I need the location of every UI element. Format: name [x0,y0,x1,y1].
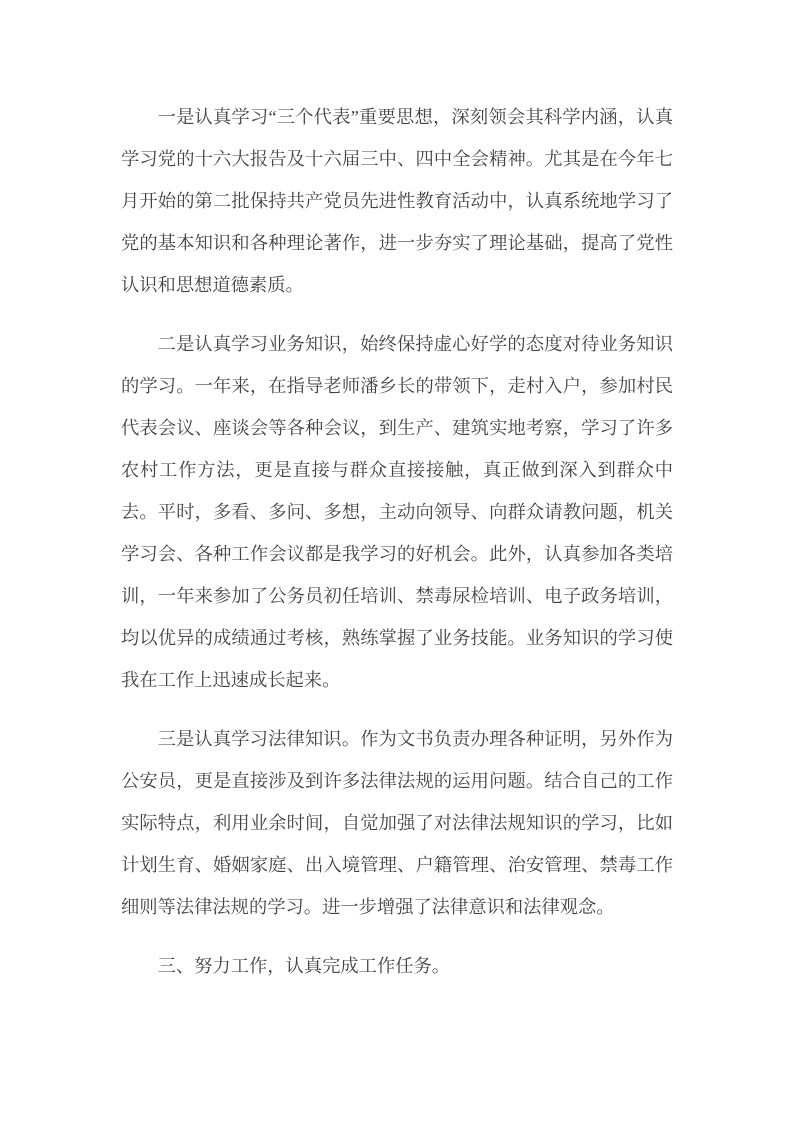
paragraph-study-law: 三是认真学习法律知识。作为文书负责办理各种证明，另外作为公安员，更是直接涉及到许… [121,718,673,928]
paragraph-study-theory: 一是认真学习“三个代表”重要思想，深刻领会其科学内涵，认真学习党的十六大报告及十… [121,96,673,306]
document-page: 一是认真学习“三个代表”重要思想，深刻领会其科学内涵，认真学习党的十六大报告及十… [0,0,793,1122]
paragraph-section-heading-work: 三、努力工作，认真完成工作任务。 [121,945,673,987]
document-body: 一是认真学习“三个代表”重要思想，深刻领会其科学内涵，认真学习党的十六大报告及十… [121,96,673,987]
paragraph-study-business: 二是认真学习业务知识，始终保持虚心好学的态度对待业务知识的学习。一年来，在指导老… [121,323,673,701]
